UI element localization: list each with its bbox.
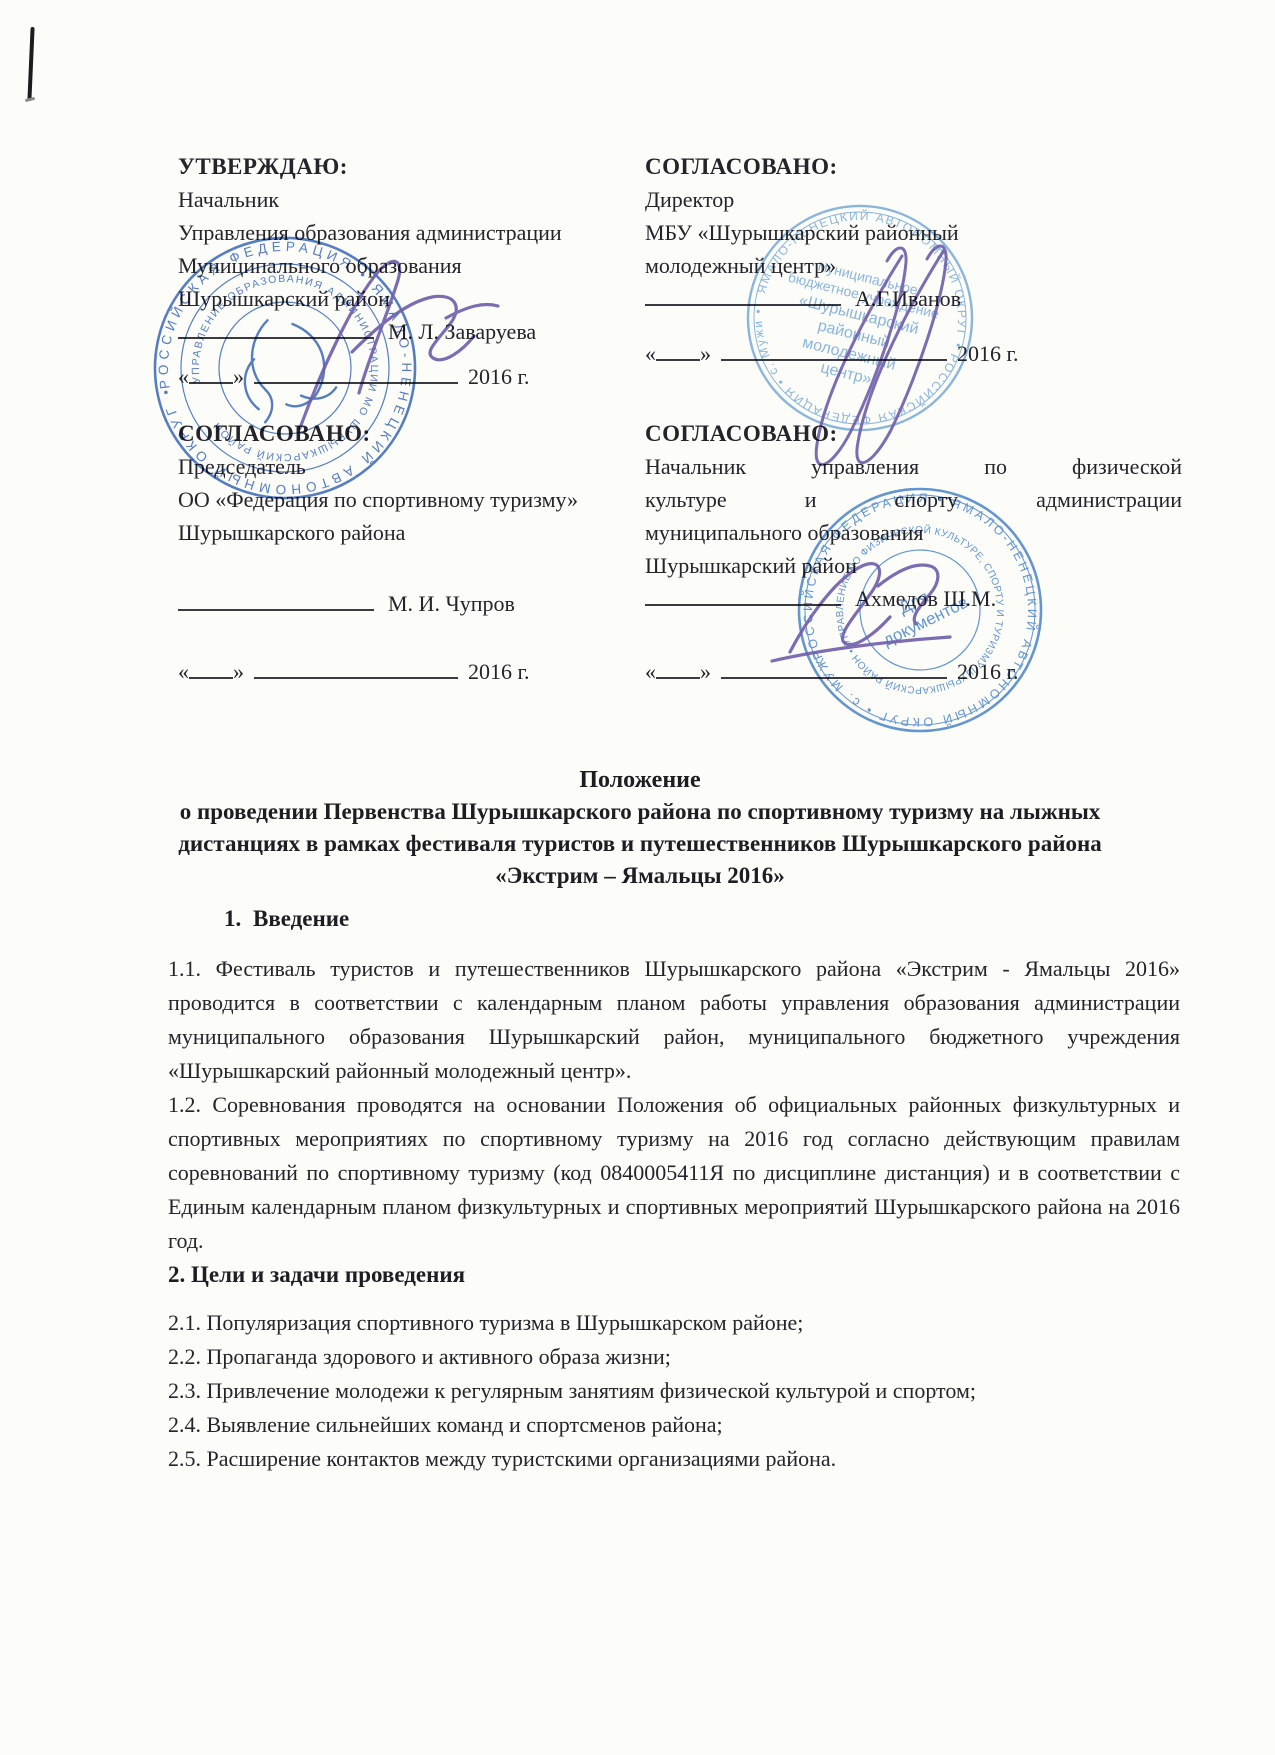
month-blank-line — [721, 339, 947, 361]
month-blank-line — [254, 362, 458, 384]
year-label: 2016 г. — [957, 659, 1019, 684]
goal-item: 2.5. Расширение контактов между туристск… — [168, 1442, 1180, 1476]
approval-line: Шурышкарский район — [645, 549, 1182, 582]
signer-name: Ахмедов Ш.М. — [855, 586, 996, 611]
quote-close: » — [700, 341, 711, 366]
signature-blank-line — [645, 284, 841, 306]
title-subtitle-line: «Экстрим – Ямальцы 2016» — [138, 860, 1142, 892]
year-label: 2016 г. — [468, 659, 530, 684]
signer-name: А.Г.Иванов — [855, 286, 961, 311]
approval-heading: СОГЛАСОВАНО: — [645, 150, 1185, 183]
scanned-document-page: УТВЕРЖДАЮ: Начальник Управления образова… — [0, 0, 1275, 1755]
year-label: 2016 г. — [957, 341, 1019, 366]
signature-row: Ахмедов Ш.М. — [645, 582, 1182, 615]
approval-heading: СОГЛАСОВАНО: — [178, 417, 648, 450]
approval-block-agreed-director: СОГЛАСОВАНО: Директор МБУ «Шурышкарский … — [645, 150, 1185, 370]
quote-open: « — [178, 364, 189, 389]
signature-blank-line — [645, 584, 841, 606]
day-blank-line — [656, 657, 700, 679]
signer-name: М. И. Чупров — [388, 591, 515, 616]
approval-line: ОО «Федерация по спортивному туризму» — [178, 483, 648, 516]
quote-open: « — [645, 341, 656, 366]
quote-close: » — [233, 364, 244, 389]
section-1-body: 1.1. Фестиваль туристов и путешественник… — [168, 952, 1180, 1258]
signature-row: М. Л. Заваруева — [178, 315, 618, 348]
title-heading: Положение — [138, 764, 1142, 796]
month-blank-line — [721, 657, 947, 679]
pen-mark-tail — [25, 97, 35, 102]
approval-block-approve: УТВЕРЖДАЮ: Начальник Управления образова… — [178, 150, 618, 393]
section-1-heading: 1. Введение — [224, 906, 349, 932]
date-row: «»2016 г. — [645, 337, 1185, 370]
approval-block-agreed-sport: СОГЛАСОВАНО: Начальник управления по физ… — [645, 417, 1182, 688]
document-title: Положение о проведении Первенства Шурышк… — [138, 764, 1142, 892]
quote-open: « — [178, 659, 189, 684]
paragraph-1-2: 1.2. Соревнования проводятся на основани… — [168, 1088, 1180, 1258]
approval-line: Начальник — [178, 183, 618, 216]
date-row: «»2016 г. — [178, 655, 648, 688]
approval-line: Шурышкарского района — [178, 516, 648, 549]
approval-line: Директор — [645, 183, 1185, 216]
approval-heading: СОГЛАСОВАНО: — [645, 417, 1182, 450]
signature-blank-line — [178, 589, 374, 611]
approval-line: культуре и спорту администрации — [645, 483, 1182, 516]
approval-line: МБУ «Шурышкарский районный — [645, 216, 1185, 249]
date-row: «»2016 г. — [645, 655, 1182, 688]
year-label: 2016 г. — [468, 364, 530, 389]
signature-blank-line — [178, 317, 374, 339]
section-2-body: 2.1. Популяризация спортивного туризма в… — [168, 1306, 1180, 1476]
approval-line: муниципального образования — [645, 516, 1182, 549]
approval-line: Председатель — [178, 450, 648, 483]
approval-heading: УТВЕРЖДАЮ: — [178, 150, 618, 183]
date-row: «»2016 г. — [178, 360, 618, 393]
goal-item: 2.4. Выявление сильнейших команд и спорт… — [168, 1408, 1180, 1442]
goal-item: 2.1. Популяризация спортивного туризма в… — [168, 1306, 1180, 1340]
signature-row: М. И. Чупров — [178, 587, 648, 620]
day-blank-line — [189, 362, 233, 384]
title-subtitle-line: дистанциях в рамках фестиваля туристов и… — [138, 828, 1142, 860]
approval-line: Начальник управления по физической — [645, 450, 1182, 483]
goal-item: 2.3. Привлечение молодежи к регулярным з… — [168, 1374, 1180, 1408]
signer-name: М. Л. Заваруева — [388, 319, 536, 344]
pen-mark — [27, 27, 34, 101]
approval-line: Муниципального образования — [178, 249, 618, 282]
quote-open: « — [645, 659, 656, 684]
approval-line: молодежный центр» — [645, 249, 1185, 282]
goal-item: 2.2. Пропаганда здорового и активного об… — [168, 1340, 1180, 1374]
signature-row: А.Г.Иванов — [645, 282, 1185, 315]
approval-block-agreed-federation: СОГЛАСОВАНО: Председатель ОО «Федерация … — [178, 417, 648, 688]
day-blank-line — [656, 339, 700, 361]
month-blank-line — [254, 657, 458, 679]
quote-close: » — [700, 659, 711, 684]
section-2-heading: 2. Цели и задачи проведения — [168, 1262, 465, 1288]
title-subtitle-line: о проведении Первенства Шурышкарского ра… — [138, 796, 1142, 828]
day-blank-line — [189, 657, 233, 679]
approval-line: Шурышкарский район — [178, 282, 618, 315]
paragraph-1-1: 1.1. Фестиваль туристов и путешественник… — [168, 952, 1180, 1088]
quote-close: » — [233, 659, 244, 684]
approval-line: Управления образования администрации — [178, 216, 618, 249]
